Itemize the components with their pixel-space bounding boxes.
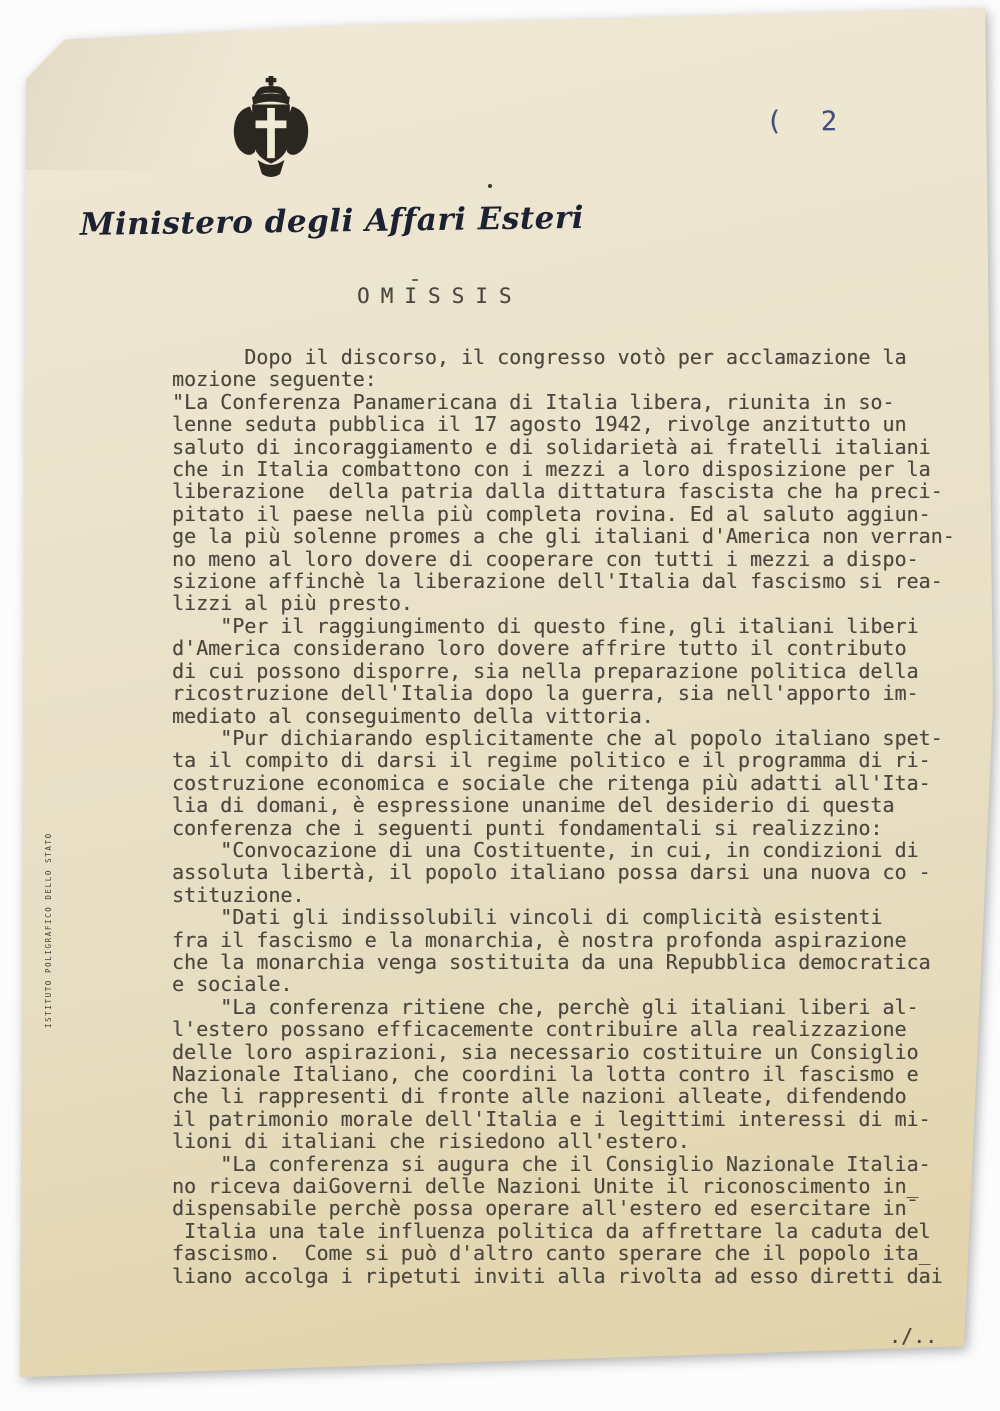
continuation-mark: ./..: [889, 1324, 937, 1348]
page-number: ( 2: [766, 106, 839, 137]
ink-speck: [488, 184, 492, 188]
savoy-coat-of-arms-icon: [215, 76, 327, 192]
ministry-letterhead-script: Ministero degli Affari Esteri: [80, 201, 500, 243]
scan-background: ( 2 Ministero degli Affari Esteri: [0, 0, 1000, 1411]
typewritten-body: Dopo il discorso, il congresso votò per …: [172, 346, 955, 1287]
omissis-heading: OMISSIS: [357, 284, 523, 308]
ink-speck: [412, 279, 418, 281]
document-page: ( 2 Ministero degli Affari Esteri: [0, 0, 1000, 1411]
printer-imprint: ISTITUTO POLIGRAFICO DELLO STATO: [44, 898, 53, 1028]
